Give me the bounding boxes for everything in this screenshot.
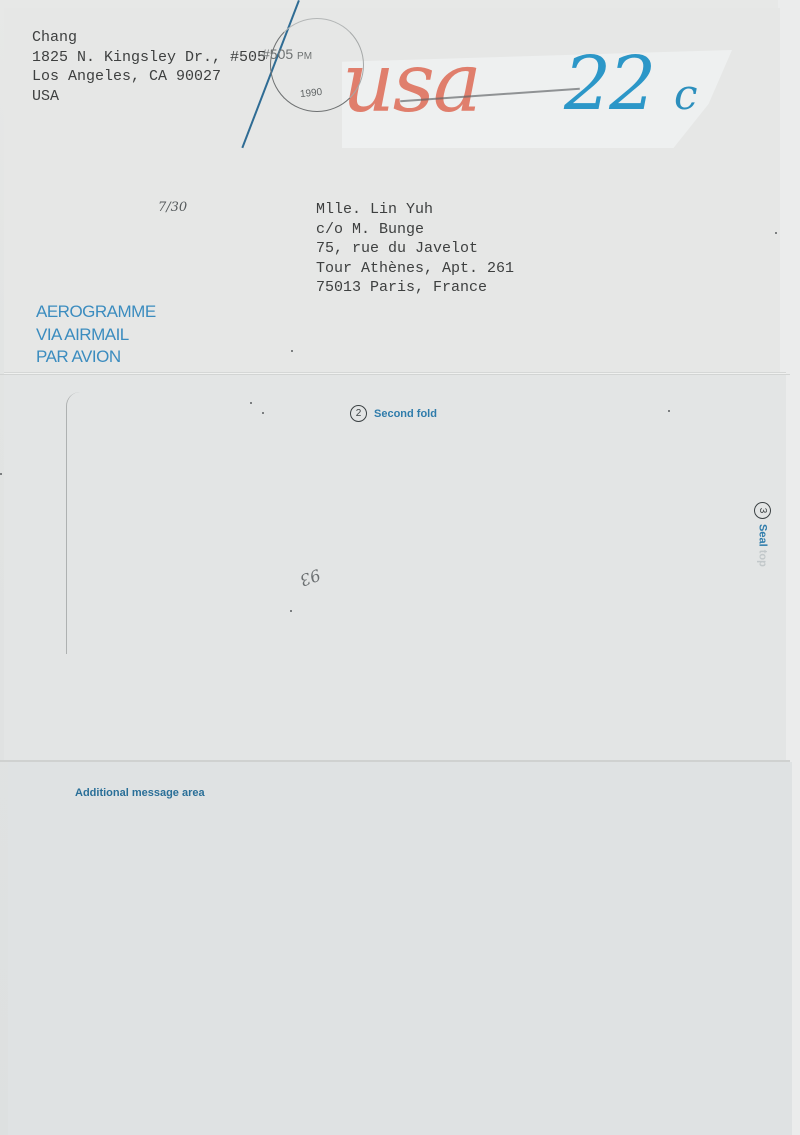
step-2-circle-icon: 2 xyxy=(350,405,367,422)
first-fold-crease xyxy=(0,374,790,375)
postmark-date: 1990 xyxy=(299,87,322,100)
stamp-unit: c xyxy=(674,70,698,119)
sender-address: Chang1825 N. Kingsley Dr., #505Los Angel… xyxy=(32,28,266,106)
second-fold-crease xyxy=(0,760,790,762)
paper-speck xyxy=(0,473,2,475)
sender-city: Los Angeles, CA 90027 xyxy=(32,67,266,87)
seal-instruction: 3 Seal top xyxy=(754,502,771,567)
via-airmail-label: VIA AIRMAIL xyxy=(36,324,156,347)
handwritten-date: 7/30 xyxy=(158,200,187,215)
additional-message-label: Additional message area xyxy=(75,787,205,799)
sender-name: Chang xyxy=(32,28,266,48)
recipient-address: Mlle. Lin Yuhc/o M. Bunge75, rue du Jave… xyxy=(316,200,514,298)
second-fold-instruction: 2 Second fold xyxy=(350,405,437,422)
par-avion-label: PAR AVION xyxy=(36,346,156,369)
postmark-time: #505 PM xyxy=(262,46,312,62)
stamp-value: 22 xyxy=(564,34,654,134)
paper-speck xyxy=(290,610,292,612)
sender-street: 1825 N. Kingsley Dr., #505 xyxy=(32,48,266,68)
additional-message-panel xyxy=(8,762,792,1135)
recipient-street: 75, rue du Javelot xyxy=(316,239,514,259)
aerogramme-label: AEROGRAMME xyxy=(36,301,156,324)
recipient-care-of: c/o M. Bunge xyxy=(316,220,514,240)
recipient-city: 75013 Paris, France xyxy=(316,278,514,298)
second-fold-label: Second fold xyxy=(374,408,437,420)
inner-flap-outline xyxy=(66,392,727,654)
airmail-labels: AEROGRAMME VIA AIRMAIL PAR AVION xyxy=(36,301,156,369)
paper-speck xyxy=(775,232,777,234)
seal-label: Seal top xyxy=(757,524,769,567)
paper-speck xyxy=(668,410,670,412)
step-3-circle-icon: 3 xyxy=(754,502,771,519)
sender-country: USA xyxy=(32,87,266,107)
paper-speck xyxy=(291,350,293,352)
stamp-country: usa xyxy=(342,34,480,134)
paper-speck xyxy=(250,402,252,404)
recipient-building: Tour Athènes, Apt. 261 xyxy=(316,259,514,279)
aerogramme-sheet: Chang1825 N. Kingsley Dr., #505Los Angel… xyxy=(0,0,800,1135)
postage-stamp: usa 22 c xyxy=(302,28,730,150)
paper-speck xyxy=(262,412,264,414)
recipient-name: Mlle. Lin Yuh xyxy=(316,200,514,220)
